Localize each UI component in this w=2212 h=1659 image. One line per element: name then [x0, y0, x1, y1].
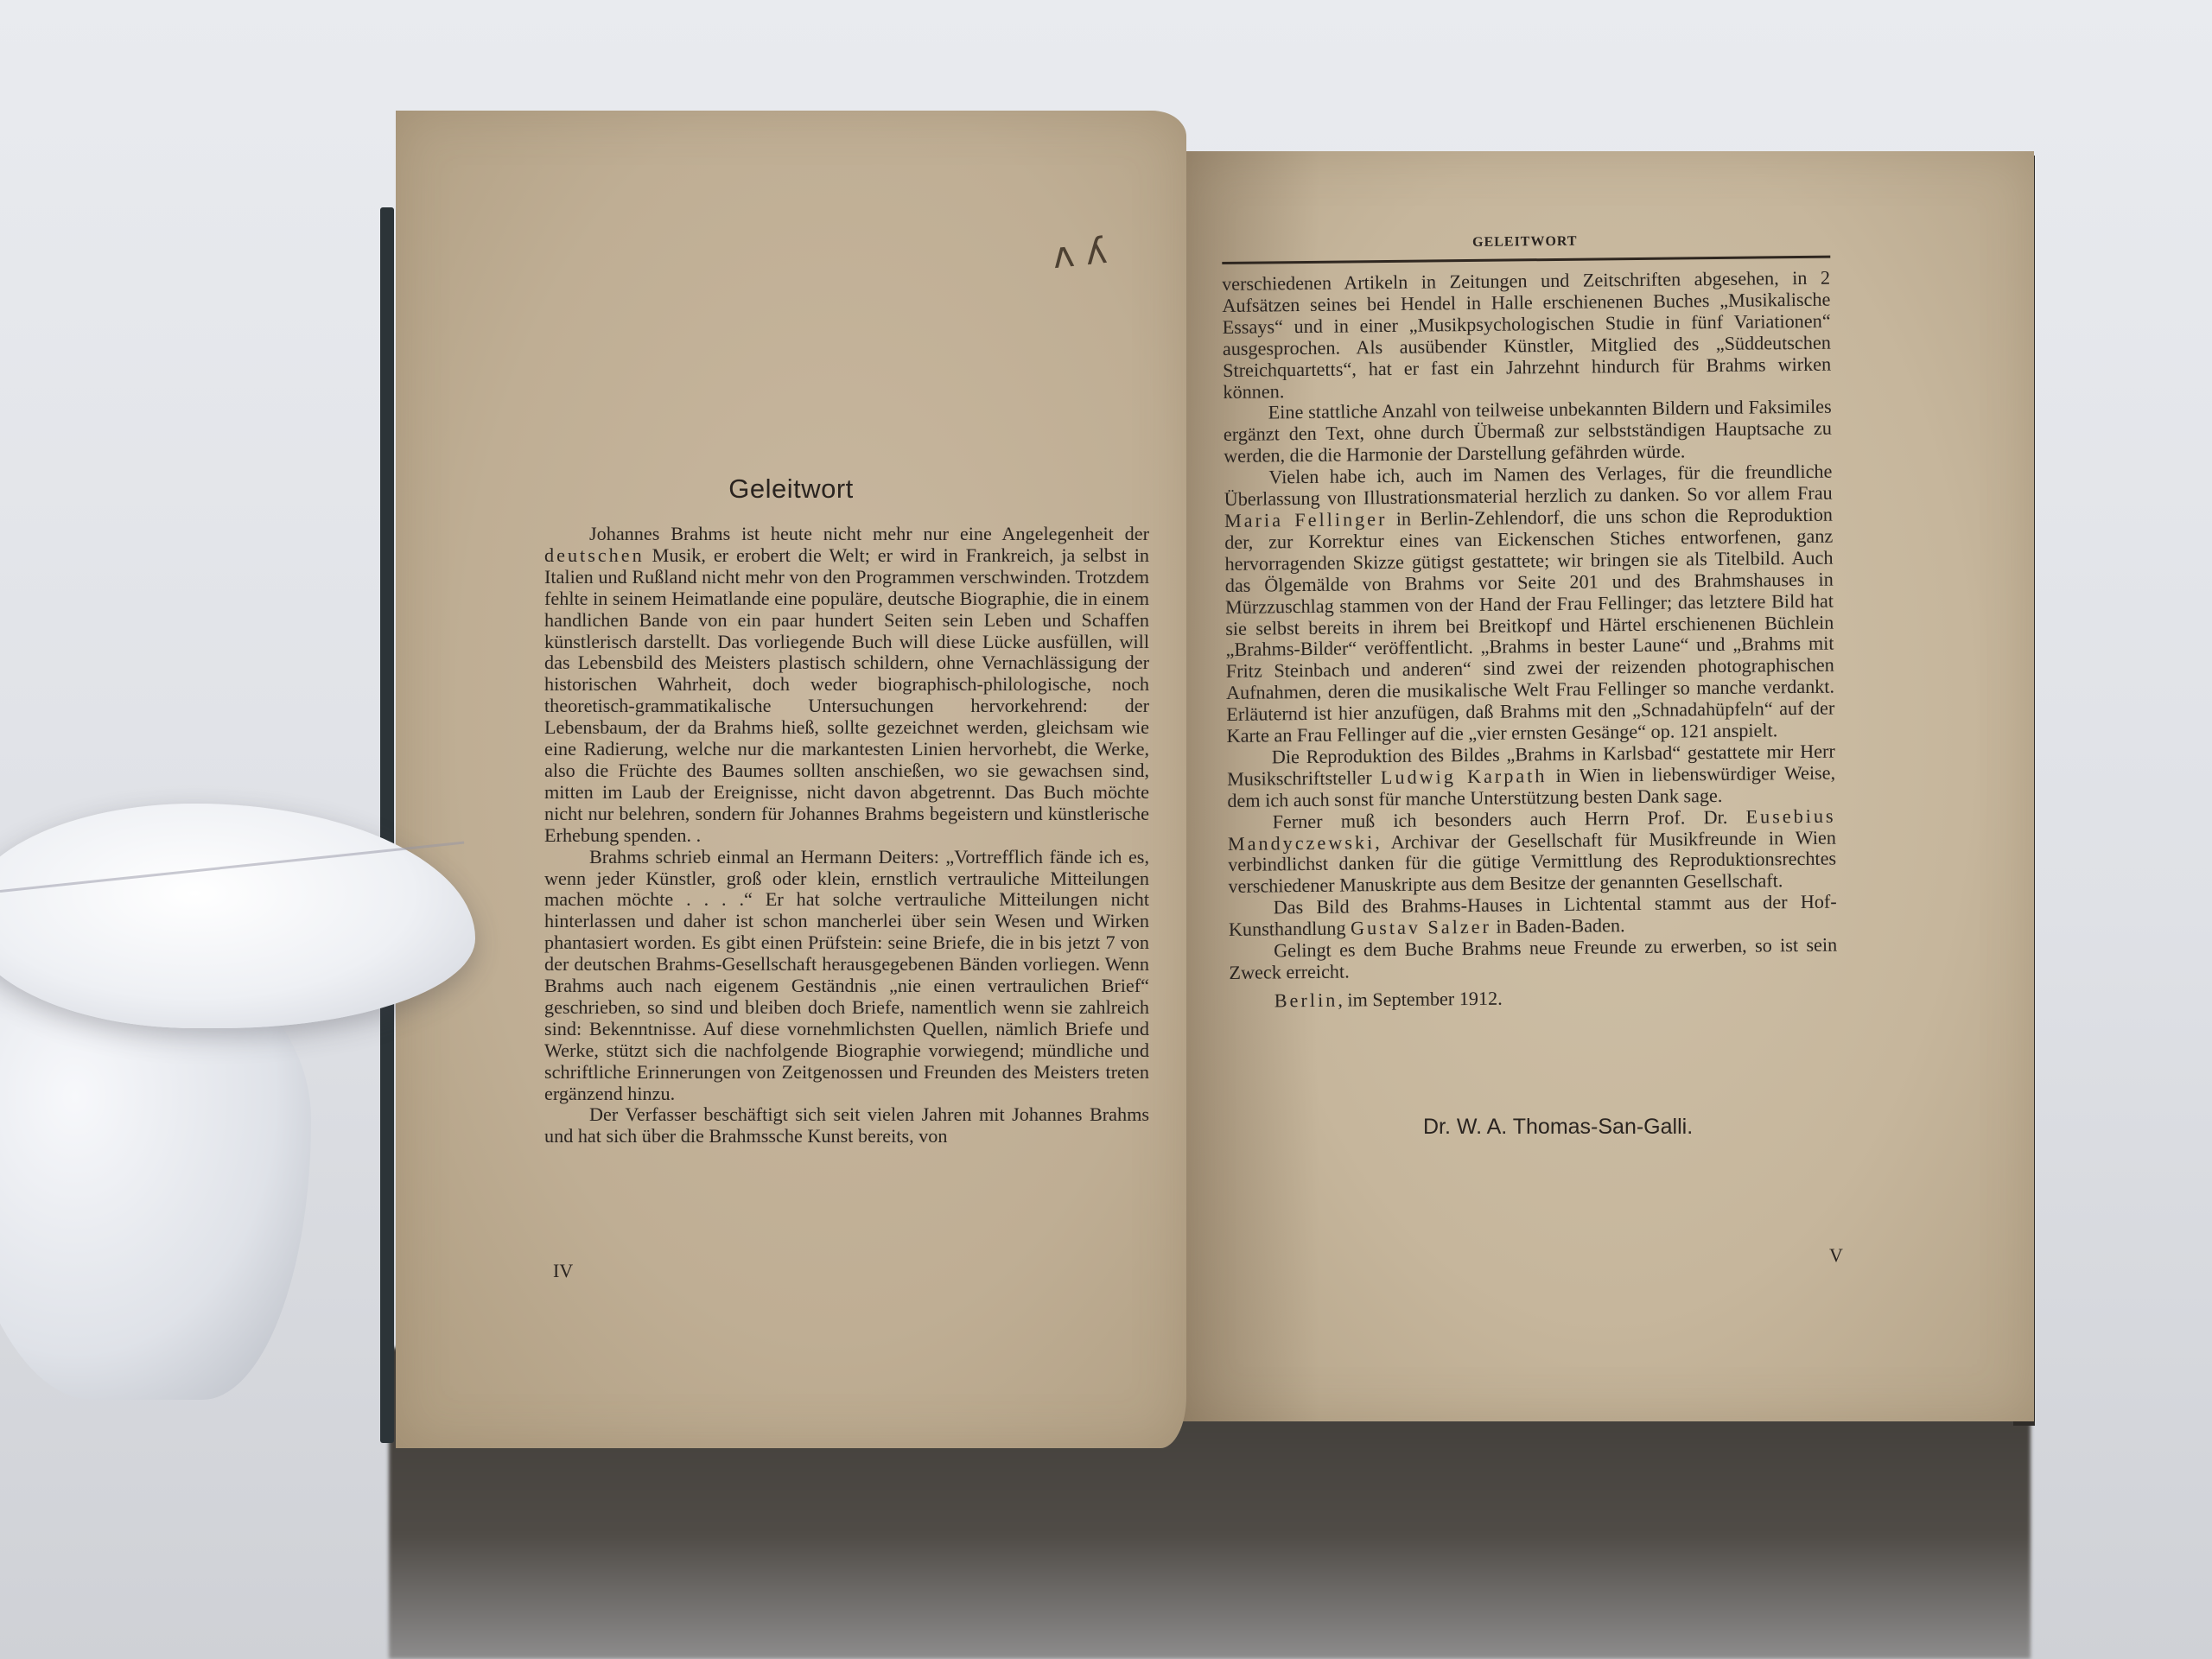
running-head-rule [1222, 256, 1830, 264]
dateline-place: Berlin [1274, 989, 1338, 1012]
right-page-body: verschiedenen Artikeln in Zeitungen und … [1222, 268, 1838, 1013]
right-page: GELEITWORT verschiedenen Artikeln in Zei… [1181, 151, 2034, 1421]
spaced-name: deutschen [544, 544, 645, 566]
paragraph: Ferner muß ich besonders auch Herrn Prof… [1228, 805, 1837, 898]
paragraph: Johannes Brahms ist heute nicht mehr nur… [544, 524, 1149, 847]
paragraph: Brahms schrieb einmal an Hermann Deiters… [544, 847, 1149, 1105]
paragraph: Die Reproduktion des Bildes „Brahms in K… [1227, 741, 1836, 812]
paragraph: Vielen habe ich, auch im Namen des Verla… [1224, 461, 1834, 747]
pencil-annotation: ᴧ ʎ [1051, 229, 1109, 276]
signature: Dr. W. A. Thomas-San-Galli. [1423, 1115, 1693, 1140]
gloved-hand [0, 760, 484, 1382]
spaced-name: Gustav Salzer [1351, 916, 1491, 939]
dateline: Berlin, im September 1912. [1274, 984, 1838, 1012]
page-number-right: V [1829, 1244, 1843, 1267]
paragraph: Das Bild des Brahms-Hauses in Lichtental… [1229, 892, 1837, 941]
left-page: ᴧ ʎ Geleitwort Johannes Brahms ist heute… [396, 111, 1186, 1448]
page-title: Geleitwort [396, 474, 1186, 505]
left-page-body: Johannes Brahms ist heute nicht mehr nur… [544, 524, 1149, 1147]
running-head-label: GELEITWORT [1472, 234, 1578, 251]
page-number-left: IV [553, 1260, 573, 1282]
spaced-name: Ludwig Karpath [1381, 765, 1548, 788]
spaced-name: Maria Fellinger [1224, 508, 1388, 531]
running-head: GELEITWORT [1222, 232, 1830, 265]
paragraph: Eine stattliche Anzahl von teilweise unb… [1224, 397, 1833, 467]
dateline-date: , im September 1912. [1338, 988, 1503, 1011]
paragraph: Der Verfasser beschäftigt sich seit viel… [544, 1104, 1149, 1147]
paragraph: verschiedenen Artikeln in Zeitungen und … [1222, 268, 1832, 404]
paragraph: Gelingt es dem Buche Brahms neue Freunde… [1229, 935, 1837, 984]
glove-thumb [0, 804, 475, 1028]
